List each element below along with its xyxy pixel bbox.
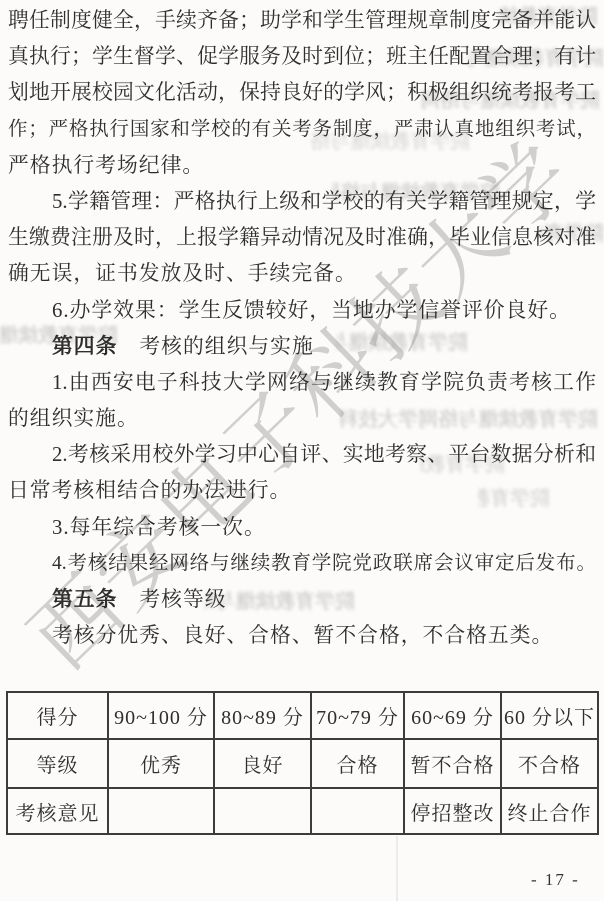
table-row-opinion: 考核意见 停招整改 终止合作	[7, 788, 598, 834]
doc-line: 考核分优秀、良好、合格、暂不合格，不合格五类。	[8, 618, 596, 654]
doc-line: 聘任制度健全，手续齐备；助学和学生管理规章制度完备并能认	[8, 3, 596, 39]
table-cell	[311, 788, 404, 834]
table-cell: 优秀	[108, 739, 214, 788]
doc-line: 6.办学效果：学生反馈较好，当地办学信誉评价良好。	[8, 293, 596, 329]
grade-table: 得分 90~100 分 80~89 分 70~79 分 60~69 分 60 分…	[6, 691, 599, 835]
clause-title: 考核的组织与实施	[139, 335, 313, 358]
doc-line: 真执行；学生督学、促学服务及时到位；班主任配置合理；有计	[8, 39, 596, 75]
scan-fold-artifact	[396, 836, 398, 901]
doc-line: 划地开展校园文化活动，保持良好的学风；积极组织统考报考工	[8, 75, 596, 111]
table-cell: 60~69 分	[404, 692, 501, 739]
doc-line: 生缴费注册及时，上报学籍异动情况及时准确，毕业信息核对准	[8, 220, 596, 256]
doc-line: 的组织实施。	[8, 401, 596, 437]
table-cell: 不合格	[501, 739, 598, 788]
table-cell: 良好	[214, 739, 311, 788]
clause-label: 第四条	[52, 335, 117, 358]
table-cell: 考核意见	[7, 788, 108, 834]
table-cell: 暂不合格	[404, 739, 501, 788]
doc-line: 确无误，证书发放及时、手续完备。	[8, 256, 596, 292]
doc-line-clause-5: 第五条考核等级	[8, 582, 596, 618]
table-cell: 得分	[7, 692, 108, 739]
doc-line: 3.每年综合考核一次。	[8, 510, 596, 546]
doc-line: 日常考核相结合的办法进行。	[8, 473, 596, 509]
table-cell: 停招整改	[404, 788, 501, 834]
doc-line: 严格执行考场纪律。	[8, 148, 596, 184]
document-page: 西安电子科技大学 院学育教续继与络网学大技科子电安西核考布发后定审 院学育教续继…	[0, 0, 604, 901]
doc-line: 5.学籍管理：严格执行上级和学校的有关学籍管理规定，学	[8, 184, 596, 220]
doc-line-clause-4: 第四条考核的组织与实施	[8, 329, 596, 365]
table-cell	[214, 788, 311, 834]
table-cell: 90~100 分	[108, 692, 214, 739]
table-cell: 合格	[311, 739, 404, 788]
doc-line: 4.考核结果经网络与继续教育学院党政联席会议审定后发布。	[8, 546, 596, 582]
table-cell	[108, 788, 214, 834]
table-cell: 80~89 分	[214, 692, 311, 739]
table-cell: 60 分以下	[501, 692, 598, 739]
clause-title: 考核等级	[139, 588, 226, 611]
page-number: - 17 -	[531, 870, 597, 890]
doc-line: 2.考核采用校外学习中心自评、实地考察、平台数据分析和	[8, 437, 596, 473]
doc-line: 作；严格执行国家和学校的有关考务制度，严肃认真地组织考试，	[8, 112, 596, 148]
table-cell: 等级	[7, 739, 108, 788]
document-body: 聘任制度健全，手续齐备；助学和学生管理规章制度完备并能认 真执行；学生督学、促学…	[8, 3, 596, 654]
clause-label: 第五条	[52, 588, 117, 611]
table-cell: 终止合作	[501, 788, 598, 834]
table-row-grade: 等级 优秀 良好 合格 暂不合格 不合格	[7, 739, 598, 788]
table-cell: 70~79 分	[311, 692, 404, 739]
table-row-score: 得分 90~100 分 80~89 分 70~79 分 60~69 分 60 分…	[7, 692, 598, 739]
doc-line: 1.由西安电子科技大学网络与继续教育学院负责考核工作	[8, 365, 596, 401]
